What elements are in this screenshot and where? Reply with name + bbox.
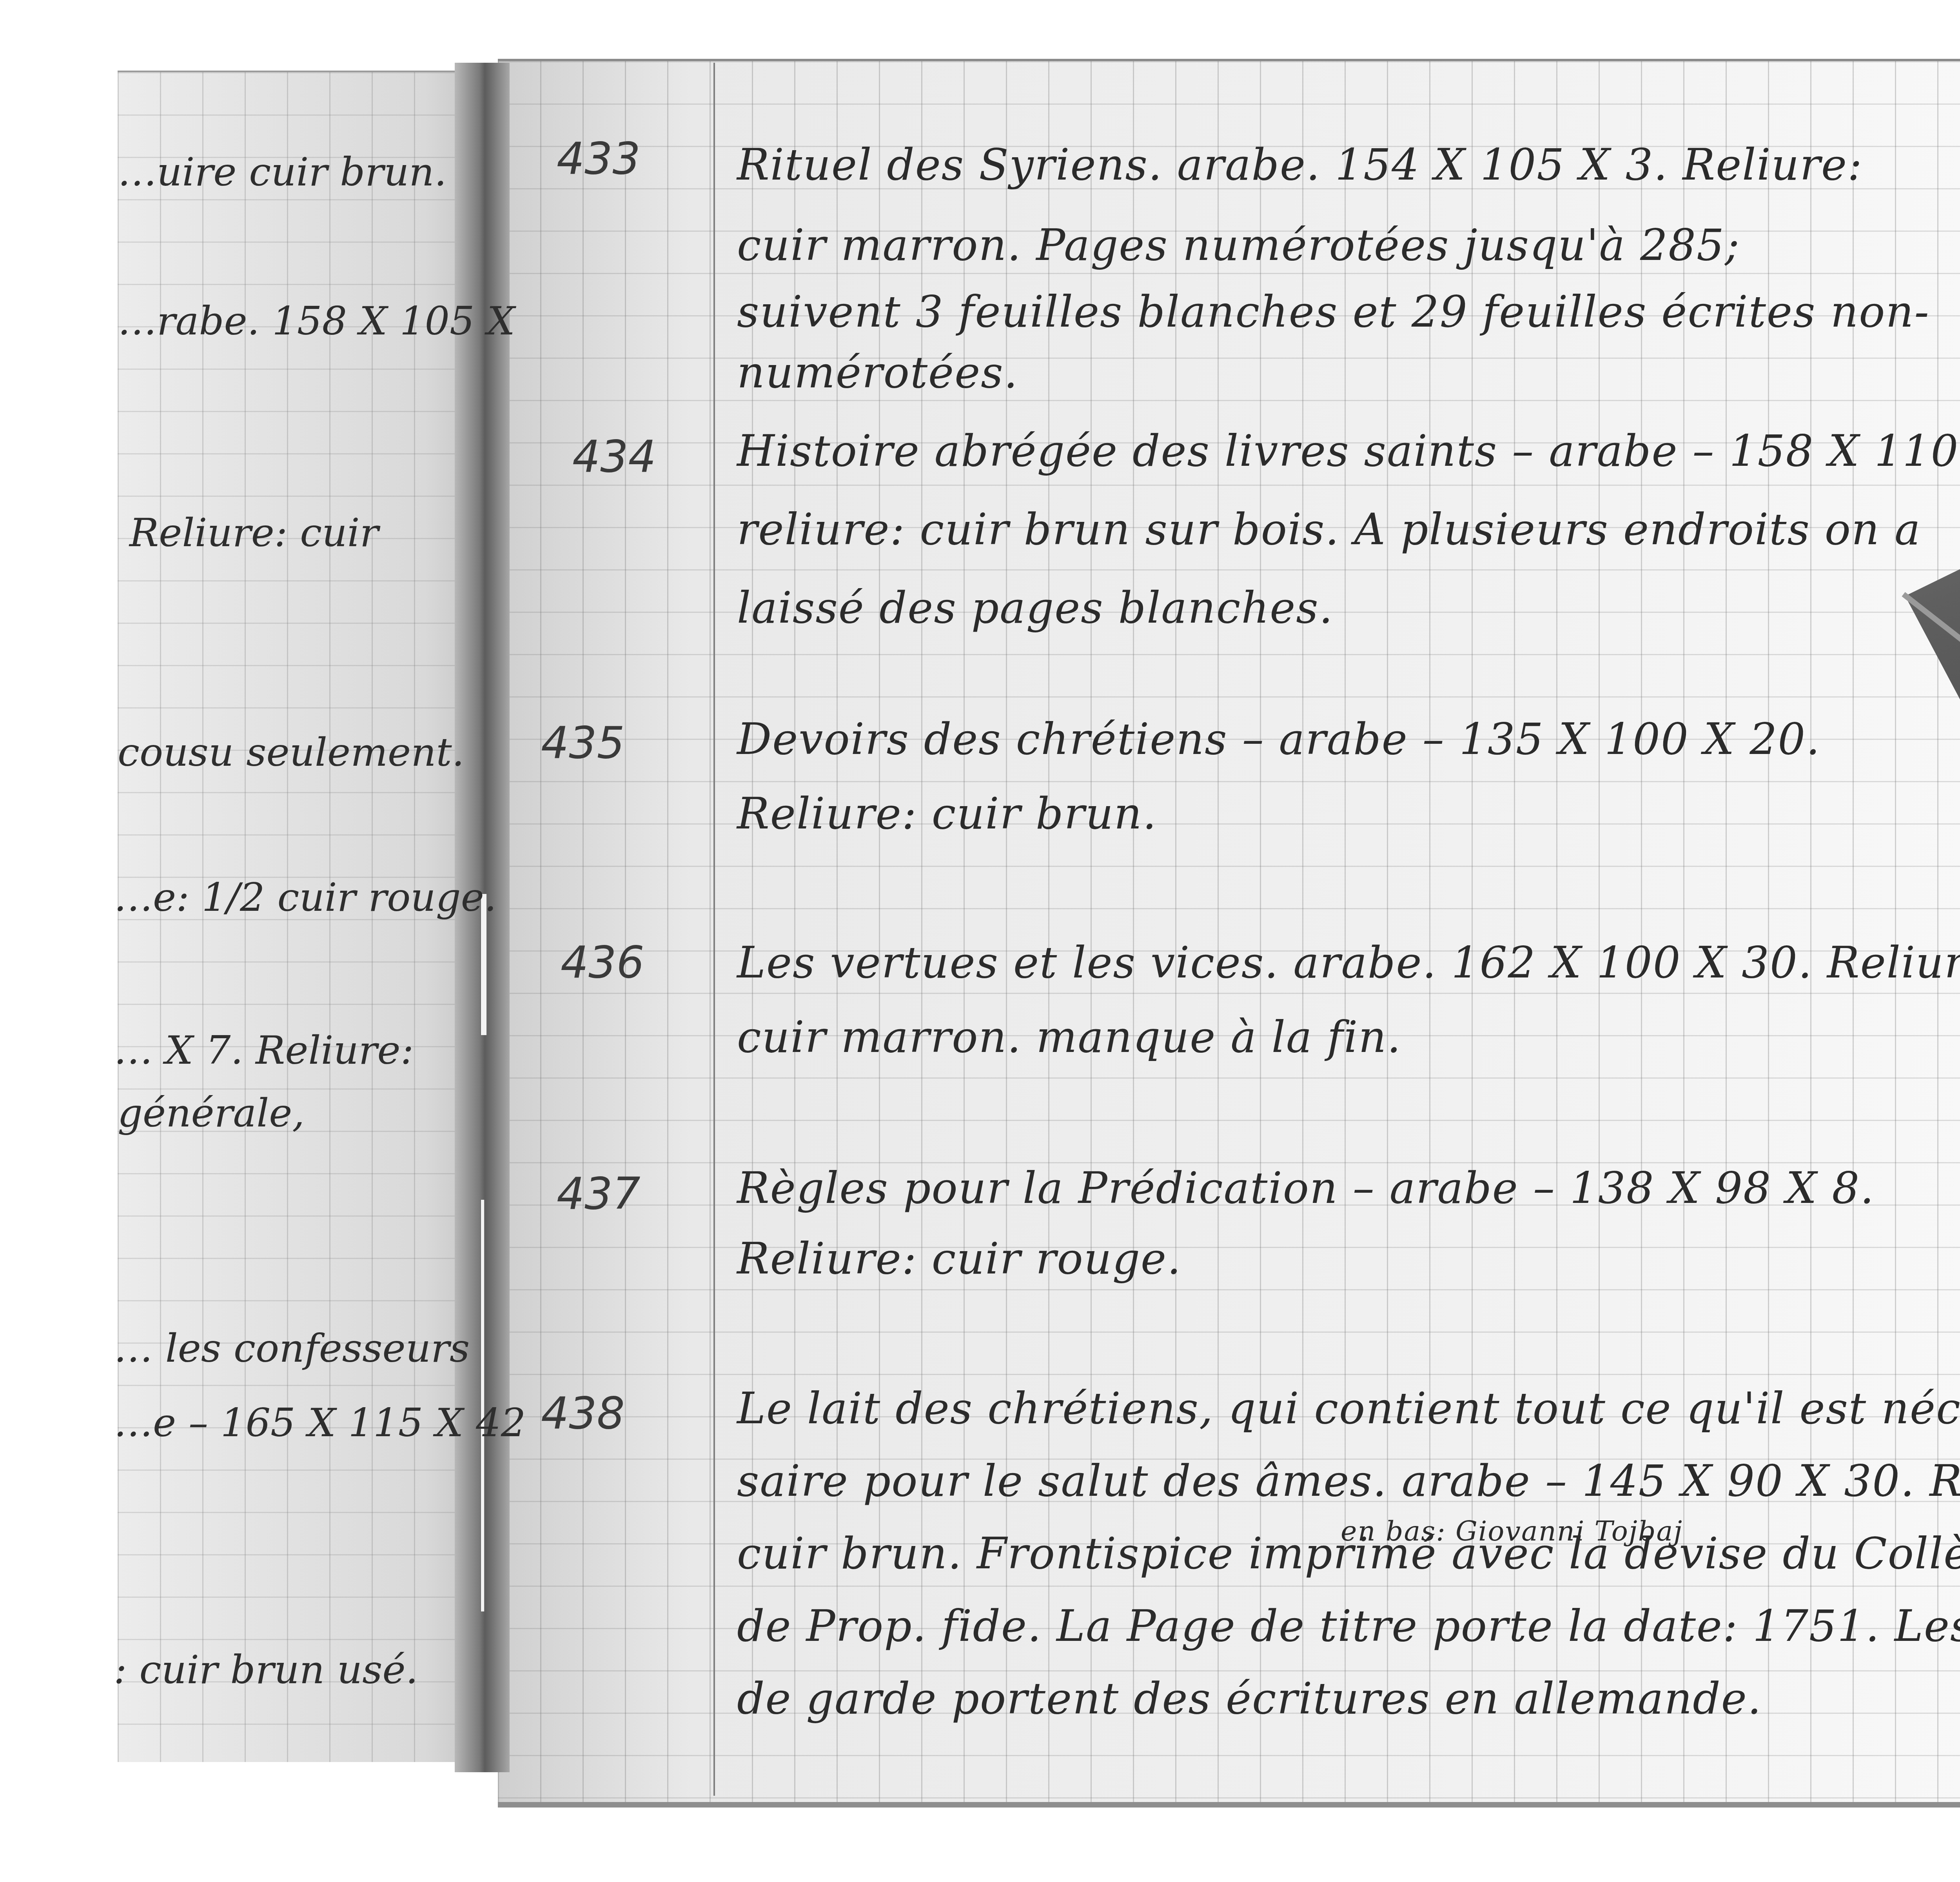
entry-line: cuir marron. Pages numérotées jusqu'à 28… — [737, 212, 1930, 278]
fragment: …e: 1/2 cuir rouge. — [114, 874, 497, 920]
entry-number: 436 — [561, 937, 644, 988]
fragment: … les confesseurs — [114, 1325, 470, 1371]
entry-line: Histoire abrégée des livres saints – ara… — [737, 412, 1960, 490]
notebook-photo: …uire cuir brun. …rabe. 158 X 105 X Reli… — [0, 0, 1960, 1882]
fragment: …uire cuir brun. — [118, 149, 447, 195]
interlinear-note: en bas: Giovanni Tojbaj — [1341, 1517, 1683, 1545]
entry-line: suivent 3 feuilles blanches et 29 feuill… — [737, 278, 1930, 345]
entry-text: Règles pour la Prédication – arabe – 138… — [737, 1153, 1875, 1294]
fragment: générale, — [118, 1090, 305, 1136]
entry-line: Les vertues et les vices. arabe. 162 X 1… — [737, 925, 1960, 1000]
entry-line: de garde portent des écritures en allema… — [737, 1662, 1960, 1735]
entry-number: 435 — [541, 718, 625, 768]
entry-line: cuir marron. manque à la fin. — [737, 1000, 1960, 1074]
fragment: cousu seulement. — [118, 729, 465, 775]
entry-line: numérotées. — [737, 345, 1930, 400]
fragment: …rabe. 158 X 105 X — [118, 298, 515, 344]
entry-text: Histoire abrégée des livres saints – ara… — [737, 412, 1960, 647]
entry-number: 434 — [572, 431, 656, 482]
entry-line: Rituel des Syriens. arabe. 154 X 105 X 3… — [737, 118, 1930, 212]
entry-text: Rituel des Syriens. arabe. 154 X 105 X 3… — [737, 118, 1930, 400]
entry-line: Règles pour la Prédication – arabe – 138… — [737, 1153, 1875, 1223]
margin-rule — [713, 63, 715, 1796]
entry-line: Le lait des chrétiens, qui contient tout… — [737, 1372, 1960, 1445]
entry-line: saire pour le salut des âmes. arabe – 14… — [737, 1445, 1960, 1517]
fragment: Reliure: cuir — [129, 510, 379, 556]
entry-text: Les vertues et les vices. arabe. 162 X 1… — [737, 925, 1960, 1074]
entry-line: laissé des pages blanches. — [737, 569, 1960, 647]
entry-line: de Prop. fide. La Page de titre porte la… — [737, 1590, 1960, 1662]
entry-number: 438 — [541, 1388, 625, 1439]
entry-line: Devoirs des chrétiens – arabe – 135 X 10… — [737, 702, 1820, 776]
entry-text: Le lait des chrétiens, qui contient tout… — [737, 1372, 1960, 1735]
fragment: …e – 165 X 115 X 42 — [114, 1400, 526, 1446]
entry-number: 437 — [557, 1168, 641, 1219]
entry-number: 433 — [557, 133, 641, 184]
entry-line: reliure: cuir brun sur bois. A plusieurs… — [737, 490, 1960, 569]
entry-line: Reliure: cuir brun. — [737, 776, 1820, 851]
entry-line: Reliure: cuir rouge. — [737, 1223, 1875, 1294]
entry-text: Devoirs des chrétiens – arabe – 135 X 10… — [737, 702, 1820, 851]
fragment: … X 7. Reliure: — [114, 1027, 414, 1073]
fragment: : cuir brun usé. — [114, 1647, 418, 1693]
